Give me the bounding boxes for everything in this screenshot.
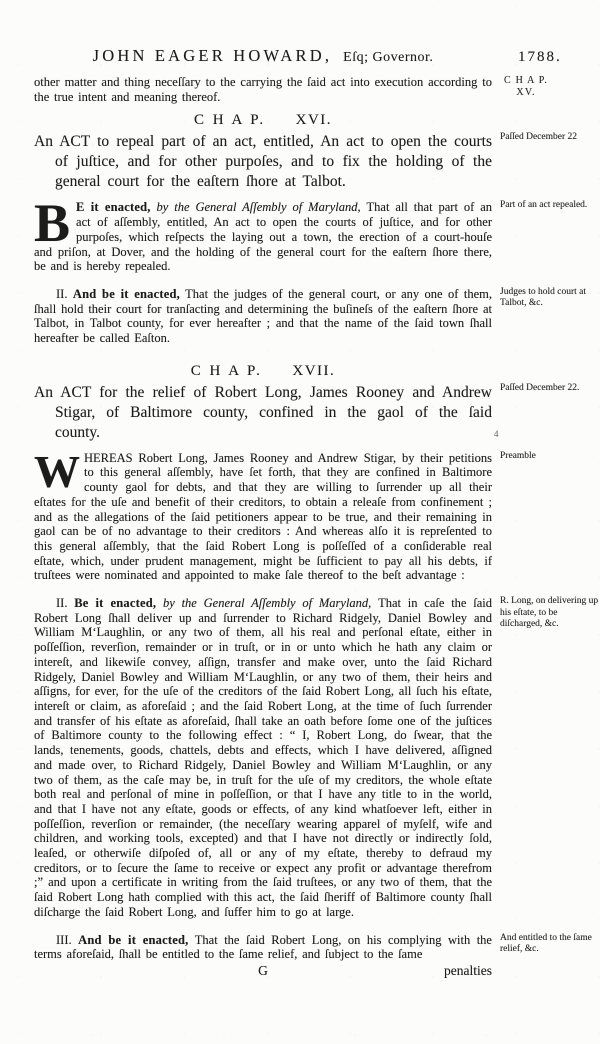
- act-17-preamble-block: WHEREAS Robert Long, James Rooney and An…: [34, 451, 600, 583]
- signature-mark: G: [34, 963, 492, 979]
- act-17-title-block: An ACT for the relief of Robert Long, Ja…: [34, 383, 600, 443]
- act-16-enacting-paragraph: BE it enacted, by the General Aſſembly o…: [34, 200, 492, 274]
- section-body: That in caſe the ſaid Robert Long ſhall …: [34, 596, 492, 919]
- act-16-title: An ACT to repeal part of an act, entitle…: [34, 132, 492, 192]
- side-note-judges: Judges to hold court at Talbot, &c.: [500, 287, 600, 310]
- act-17-section-2-paragraph: II. Be it enacted, by the General Aſſemb…: [34, 596, 492, 919]
- act-17-section-3-block: III. And be it enacted, That the ſaid Ro…: [34, 933, 600, 962]
- side-note-preamble: Preamble: [500, 451, 600, 463]
- enacting-clause-lead: Be it enacted,: [74, 596, 156, 610]
- side-note-part-repealed: Part of an act repealed.: [500, 200, 600, 212]
- preamble-lead: HEREAS: [84, 451, 133, 465]
- act-16-enacting-block: BE it enacted, by the General Aſſembly o…: [34, 200, 600, 274]
- act-17-preamble-paragraph: WHEREAS Robert Long, James Rooney and An…: [34, 451, 492, 583]
- footer-line: G penalties: [34, 963, 492, 981]
- governor-name: JOHN EAGER HOWARD,: [93, 46, 333, 65]
- act-17-section-3-paragraph: III. And be it enacted, That the ſaid Ro…: [34, 933, 492, 962]
- act-17-title: An ACT for the relief of Robert Long, Ja…: [34, 383, 492, 443]
- enacting-clause-lead: And be it enacted,: [78, 933, 188, 947]
- enacting-clause-lead: E it enacted,: [76, 200, 151, 214]
- catchword: penalties: [444, 963, 492, 979]
- governor-line: JOHN EAGER HOWARD, Eſq; Governor.: [34, 46, 492, 66]
- side-note-entitled-relief: And entitled to the ſame relief, &c.: [500, 933, 600, 956]
- act-17-section-2-block: II. Be it enacted, by the General Aſſemb…: [34, 596, 600, 919]
- running-head: JOHN EAGER HOWARD, Eſq; Governor. 1788.: [34, 46, 600, 66]
- section-number: II.: [56, 287, 73, 301]
- enacting-clause-italic: by the General Aſſembly of Maryland,: [156, 596, 378, 610]
- chapter-17-label: C H A P.: [191, 363, 263, 379]
- side-note-passed-16: Paſſed December 22: [500, 132, 600, 144]
- governor-title: Eſq; Governor.: [343, 50, 433, 65]
- chapter-17-number: XVII.: [292, 363, 335, 379]
- enacting-clause-italic: by the General Aſſembly of Maryland,: [151, 200, 367, 214]
- act-16-section-2-block: II. And be it enacted, That the judges o…: [34, 287, 600, 346]
- chapter-17-heading: C H A P.XVII.: [34, 363, 492, 380]
- preamble-body: Robert Long, James Rooney and Andrew Sti…: [34, 451, 492, 583]
- chapter-16-heading: C H A P.XVI.: [34, 112, 492, 129]
- act-16-section-2-paragraph: II. And be it enacted, That the judges o…: [34, 287, 492, 346]
- enacting-clause-lead: And be it enacted,: [73, 287, 180, 301]
- dropcap-b: B: [34, 200, 76, 244]
- document-page: JOHN EAGER HOWARD, Eſq; Governor. 1788. …: [0, 0, 600, 1044]
- intro-paragraph: other matter and thing neceſſary to the …: [34, 75, 492, 104]
- section-number: II.: [56, 596, 74, 610]
- chapter-16-label: C H A P.: [194, 112, 266, 128]
- side-note-r-long: R. Long, on delivering up his eſtate, to…: [500, 596, 600, 631]
- section-number: III.: [56, 933, 78, 947]
- ink-mark: 4: [494, 429, 499, 441]
- chapter-16-number: XVI.: [296, 112, 332, 128]
- act-16-title-block: An ACT to repeal part of an act, entitle…: [34, 132, 600, 192]
- intro-block: other matter and thing neceſſary to the …: [34, 75, 600, 104]
- side-note-chap-xv: C H A P. XV.: [500, 75, 548, 98]
- year-label: 1788.: [492, 49, 562, 66]
- dropcap-w: W: [34, 451, 84, 491]
- side-note-passed-17: Paſſed December 22.: [500, 383, 600, 395]
